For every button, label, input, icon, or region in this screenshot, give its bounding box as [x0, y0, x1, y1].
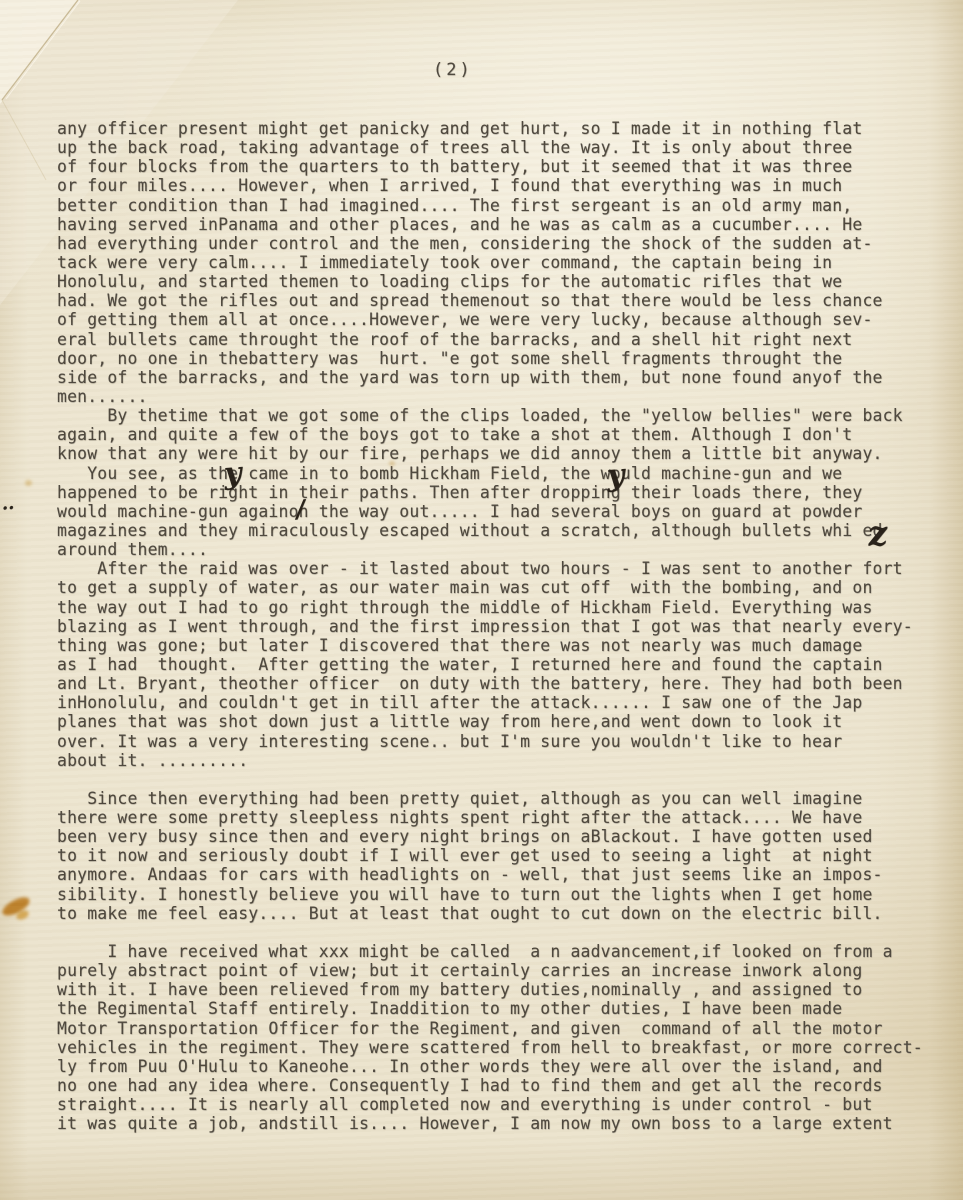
typed-line: side of the barracks, and the yard was t… [57, 368, 937, 387]
typed-line: to get a supply of water, as our water m… [57, 578, 937, 597]
typed-line: having served inPanama and other places,… [57, 215, 937, 234]
typed-line: anymore. Andaas for cars with headlights… [57, 865, 937, 884]
typed-line: men...... [57, 387, 937, 406]
typed-line: planes that was shot down just a little … [57, 712, 937, 731]
page-number: (2) [433, 60, 473, 80]
rust-stain [0, 894, 32, 920]
typed-line: around them.... [57, 540, 937, 559]
typed-line: to make me feel easy.... But at least th… [57, 904, 937, 923]
typed-line: to it now and seriously doubt if I will … [57, 846, 937, 865]
typed-line: no one had any idea where. Consequently … [57, 1076, 937, 1095]
paragraph-2: By thetime that we got some of the clips… [57, 406, 937, 463]
paragraph-5: Since then everything had been pretty qu… [57, 789, 937, 923]
rust-stain-small [15, 909, 30, 921]
typed-line: Honolulu, and started themen to loading … [57, 272, 937, 291]
typed-line: purely abstract point of view; but it ce… [57, 961, 937, 980]
typed-line: had. We got the rifles out and spread th… [57, 291, 937, 310]
typed-line: been very busy since then and every nigh… [57, 827, 937, 846]
typed-text: any officer present might get panicky an… [57, 119, 937, 1133]
typed-line: of getting them all at once....However, … [57, 310, 937, 329]
margin-ink-dots: ·· [1, 500, 15, 519]
typed-line: By thetime that we got some of the clips… [57, 406, 937, 425]
paragraph-6: I have received what xxx might be called… [57, 942, 937, 1133]
crease-line-faint [2, 100, 46, 180]
typed-line: door, no one in thebattery was hurt. "e … [57, 349, 937, 368]
typed-line: and Lt. Bryant, theother officer on duty… [57, 674, 937, 693]
typed-line: it was quite a job, andstill is.... Howe… [57, 1114, 937, 1133]
typed-line: vehicles in the regiment. They were scat… [57, 1038, 937, 1057]
typed-line: After the raid was over - it lasted abou… [57, 559, 937, 578]
typed-line: of four blocks from the quarters to th b… [57, 157, 937, 176]
yellow-spot-left [25, 480, 32, 486]
typed-line: or four miles.... However, when I arrive… [57, 176, 937, 195]
crease-highlight [6, 1, 80, 99]
typed-line: would machine-gun againon the way out...… [57, 502, 937, 521]
typed-line: as I had thought. After getting the wate… [57, 655, 937, 674]
typed-line: thing was gone; but later I discovered t… [57, 636, 937, 655]
typed-line: any officer present might get panicky an… [57, 119, 937, 138]
typed-line: the way out I had to go right through th… [57, 598, 937, 617]
typed-line: the Regimental Staff entirely. Inadditio… [57, 999, 937, 1018]
letter-page: (2) any officer present might get panick… [0, 0, 963, 1200]
typed-line: eral bullets came throught the roof of t… [57, 330, 937, 349]
typed-line: there were some pretty sleepless nights … [57, 808, 937, 827]
typed-line: inHonolulu, and couldn't get in till aft… [57, 693, 937, 712]
typed-line: blazing as I went through, and the first… [57, 617, 937, 636]
typed-line: over. It was a very interesting scene.. … [57, 732, 937, 751]
paragraph-3: You see, as the came in to bomb Hickham … [57, 464, 937, 560]
typed-line: magazines and they miraculously escaped … [57, 521, 937, 540]
typed-line: Motor Transportation Officer for the Reg… [57, 1019, 937, 1038]
typed-line: with it. I have been relieved from my ba… [57, 980, 937, 999]
typed-line: happened to be right in their paths. The… [57, 483, 937, 502]
folded-corner [0, 0, 80, 104]
typed-line: ly from Puu O'Hulu to Kaneohe... In othe… [57, 1057, 937, 1076]
paragraph-1: any officer present might get panicky an… [57, 119, 937, 406]
typed-line: up the back road, taking advantage of tr… [57, 138, 937, 157]
typed-line: again, and quite a few of the boys got t… [57, 425, 937, 444]
typed-line: tack were very calm.... I immediately to… [57, 253, 937, 272]
typed-line: I have received what xxx might be called… [57, 942, 937, 961]
typed-line: about it. ......... [57, 751, 937, 770]
typed-line: sibility. I honestly believe you will ha… [57, 885, 937, 904]
typed-line: know that any were hit by our fire, perh… [57, 444, 937, 463]
crease-line [2, 0, 78, 100]
typed-line: had everything under control and the men… [57, 234, 937, 253]
typed-line: straight.... It is nearly all completed … [57, 1095, 937, 1114]
typed-line: better condition than I had imagined....… [57, 196, 937, 215]
typed-line: Since then everything had been pretty qu… [57, 789, 937, 808]
typed-line: You see, as the came in to bomb Hickham … [57, 464, 937, 483]
paragraph-4: After the raid was over - it lasted abou… [57, 559, 937, 770]
